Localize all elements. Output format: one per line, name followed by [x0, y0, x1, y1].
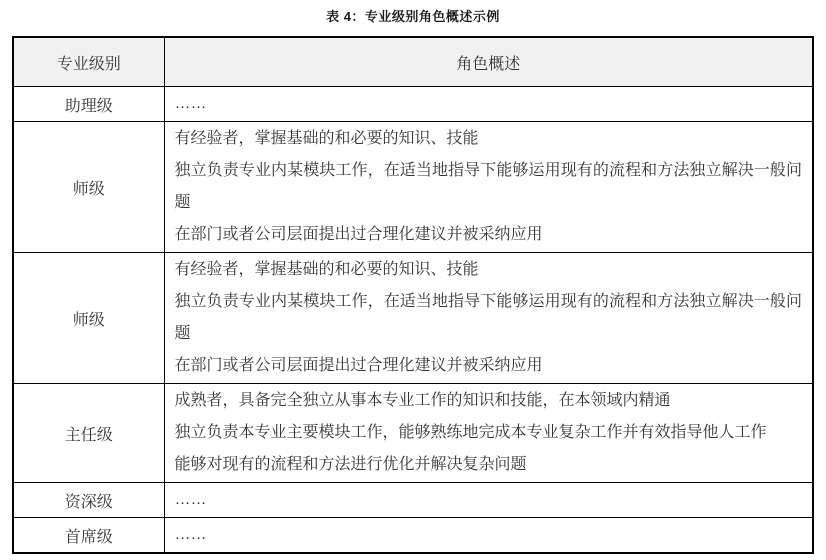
- role-description-line: 独立负责本专业主要模块工作，能够熟练地完成本专业复杂工作并有效指导他人工作: [175, 417, 803, 449]
- level-label: 首席级: [13, 518, 164, 554]
- header-cell-level: 专业级别: [13, 37, 164, 87]
- table-row-engineer-2: 师级 有经验者，掌握基础的和必要的知识、技能 独立负责专业内某模块工作，在适当地…: [13, 253, 813, 384]
- document-page: 表 4：专业级别角色概述示例 专业级别 角色概述 助理级 …… 师级 有经验者，…: [0, 0, 826, 560]
- role-description-cell: 有经验者，掌握基础的和必要的知识、技能 独立负责专业内某模块工作，在适当地指导下…: [164, 253, 813, 384]
- role-description-line: ……: [175, 89, 803, 119]
- table-row-senior: 资深级 ……: [13, 483, 813, 518]
- level-label: 资深级: [13, 483, 164, 518]
- table-row-engineer-1: 师级 有经验者，掌握基础的和必要的知识、技能 独立负责专业内某模块工作，在适当地…: [13, 122, 813, 253]
- role-description-line: 独立负责专业内某模块工作，在适当地指导下能够运用现有的流程和方法独立解决一般问题: [175, 155, 803, 219]
- level-label: 师级: [13, 122, 164, 253]
- role-description-line: ……: [175, 520, 803, 550]
- level-label: 主任级: [13, 384, 164, 483]
- role-description-cell: ……: [164, 87, 813, 122]
- role-description-line: 独立负责专业内某模块工作，在适当地指导下能够运用现有的流程和方法独立解决一般问题: [175, 286, 803, 350]
- table-row-assistant: 助理级 ……: [13, 87, 813, 122]
- role-description-line: ……: [175, 485, 803, 515]
- role-description-line: 成熟者，具备完全独立从事本专业工作的知识和技能，在本领域内精通: [175, 385, 803, 417]
- role-description-line: 在部门或者公司层面提出过合理化建议并被采纳应用: [175, 350, 803, 382]
- role-description-line: 有经验者，掌握基础的和必要的知识、技能: [175, 123, 803, 155]
- role-description-line: 有经验者，掌握基础的和必要的知识、技能: [175, 254, 803, 286]
- level-label: 师级: [13, 253, 164, 384]
- role-description-cell: ……: [164, 483, 813, 518]
- role-description-line: 能够对现有的流程和方法进行优化并解决复杂问题: [175, 449, 803, 481]
- role-description-cell: 成熟者，具备完全独立从事本专业工作的知识和技能，在本领域内精通 独立负责本专业主…: [164, 384, 813, 483]
- role-description-cell: ……: [164, 518, 813, 554]
- role-description-line: 在部门或者公司层面提出过合理化建议并被采纳应用: [175, 219, 803, 251]
- table-row-chief: 首席级 ……: [13, 518, 813, 554]
- table-caption: 表 4：专业级别角色概述示例: [0, 0, 826, 25]
- level-label: 助理级: [13, 87, 164, 122]
- table-row-director: 主任级 成熟者，具备完全独立从事本专业工作的知识和技能，在本领域内精通 独立负责…: [13, 384, 813, 483]
- header-cell-role-overview: 角色概述: [164, 37, 813, 87]
- role-description-cell: 有经验者，掌握基础的和必要的知识、技能 独立负责专业内某模块工作，在适当地指导下…: [164, 122, 813, 253]
- professional-level-table: 专业级别 角色概述 助理级 …… 师级 有经验者，掌握基础的和必要的知识、技能 …: [12, 36, 814, 554]
- table-header-row: 专业级别 角色概述: [13, 37, 813, 87]
